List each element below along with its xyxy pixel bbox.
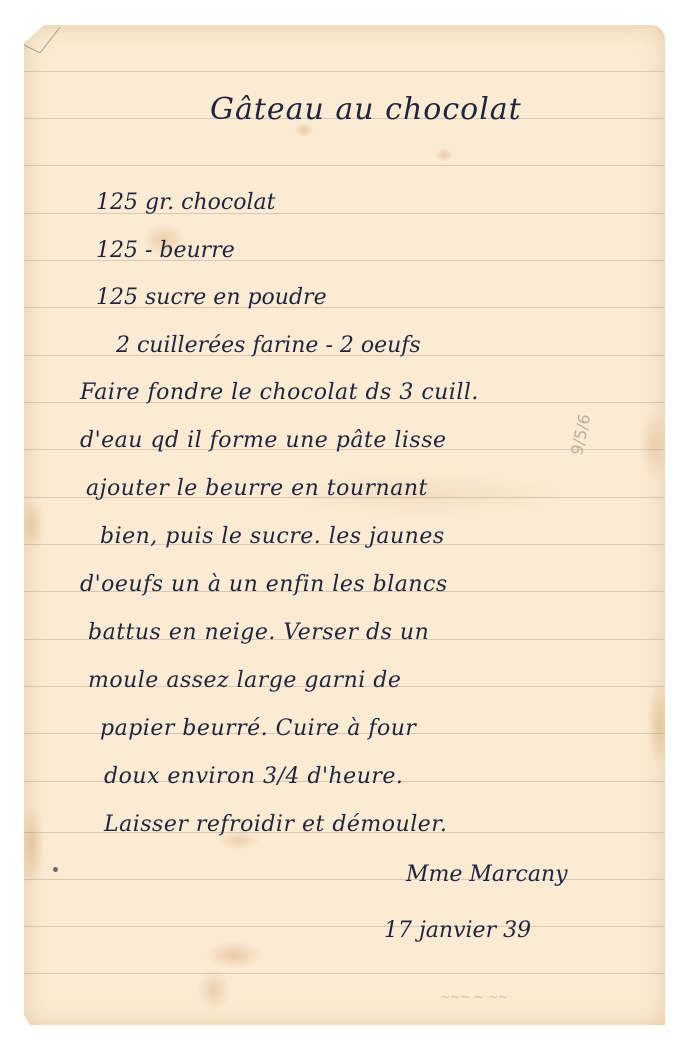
instruction-line: moule assez large garni de xyxy=(88,668,401,693)
ruled-line xyxy=(24,165,665,166)
instruction-line: d'oeufs un à un enfin les blancs xyxy=(80,572,448,597)
ink-dot xyxy=(53,867,58,872)
ruled-line xyxy=(24,926,665,927)
instruction-line: d'eau qd il forme une pâte lisse xyxy=(80,428,447,453)
instruction-line: Faire fondre le chocolat ds 3 cuill. xyxy=(80,380,479,405)
instruction-line: ajouter le beurre en tournant xyxy=(86,476,428,501)
pencil-scribble: ~~~ ~ ~~ xyxy=(440,990,508,1004)
ruled-line xyxy=(24,973,665,974)
ingredient-line: 2 cuillerées farine - 2 oeufs xyxy=(116,333,421,358)
ingredient-line: 125 sucre en poudre xyxy=(96,285,327,310)
ingredient-line: 125 - beurre xyxy=(96,238,235,263)
ruled-line xyxy=(24,71,665,72)
instruction-line: Laisser refroidir et démouler. xyxy=(104,812,447,837)
ruled-line xyxy=(24,879,665,880)
ingredient-line: 125 gr. chocolat xyxy=(96,190,275,215)
instruction-line: bien, puis le sucre. les jaunes xyxy=(100,524,445,549)
recipe-title: Gâteau au chocolat xyxy=(210,92,522,127)
instruction-line: papier beurré. Cuire à four xyxy=(100,716,416,741)
date-line: 17 janvier 39 xyxy=(384,918,531,943)
instruction-line: doux environ 3/4 d'heure. xyxy=(104,764,403,789)
folded-corner-icon xyxy=(24,25,60,53)
signature: Mme Marcany xyxy=(406,862,568,887)
instruction-line: battus en neige. Verser ds un xyxy=(88,620,429,645)
